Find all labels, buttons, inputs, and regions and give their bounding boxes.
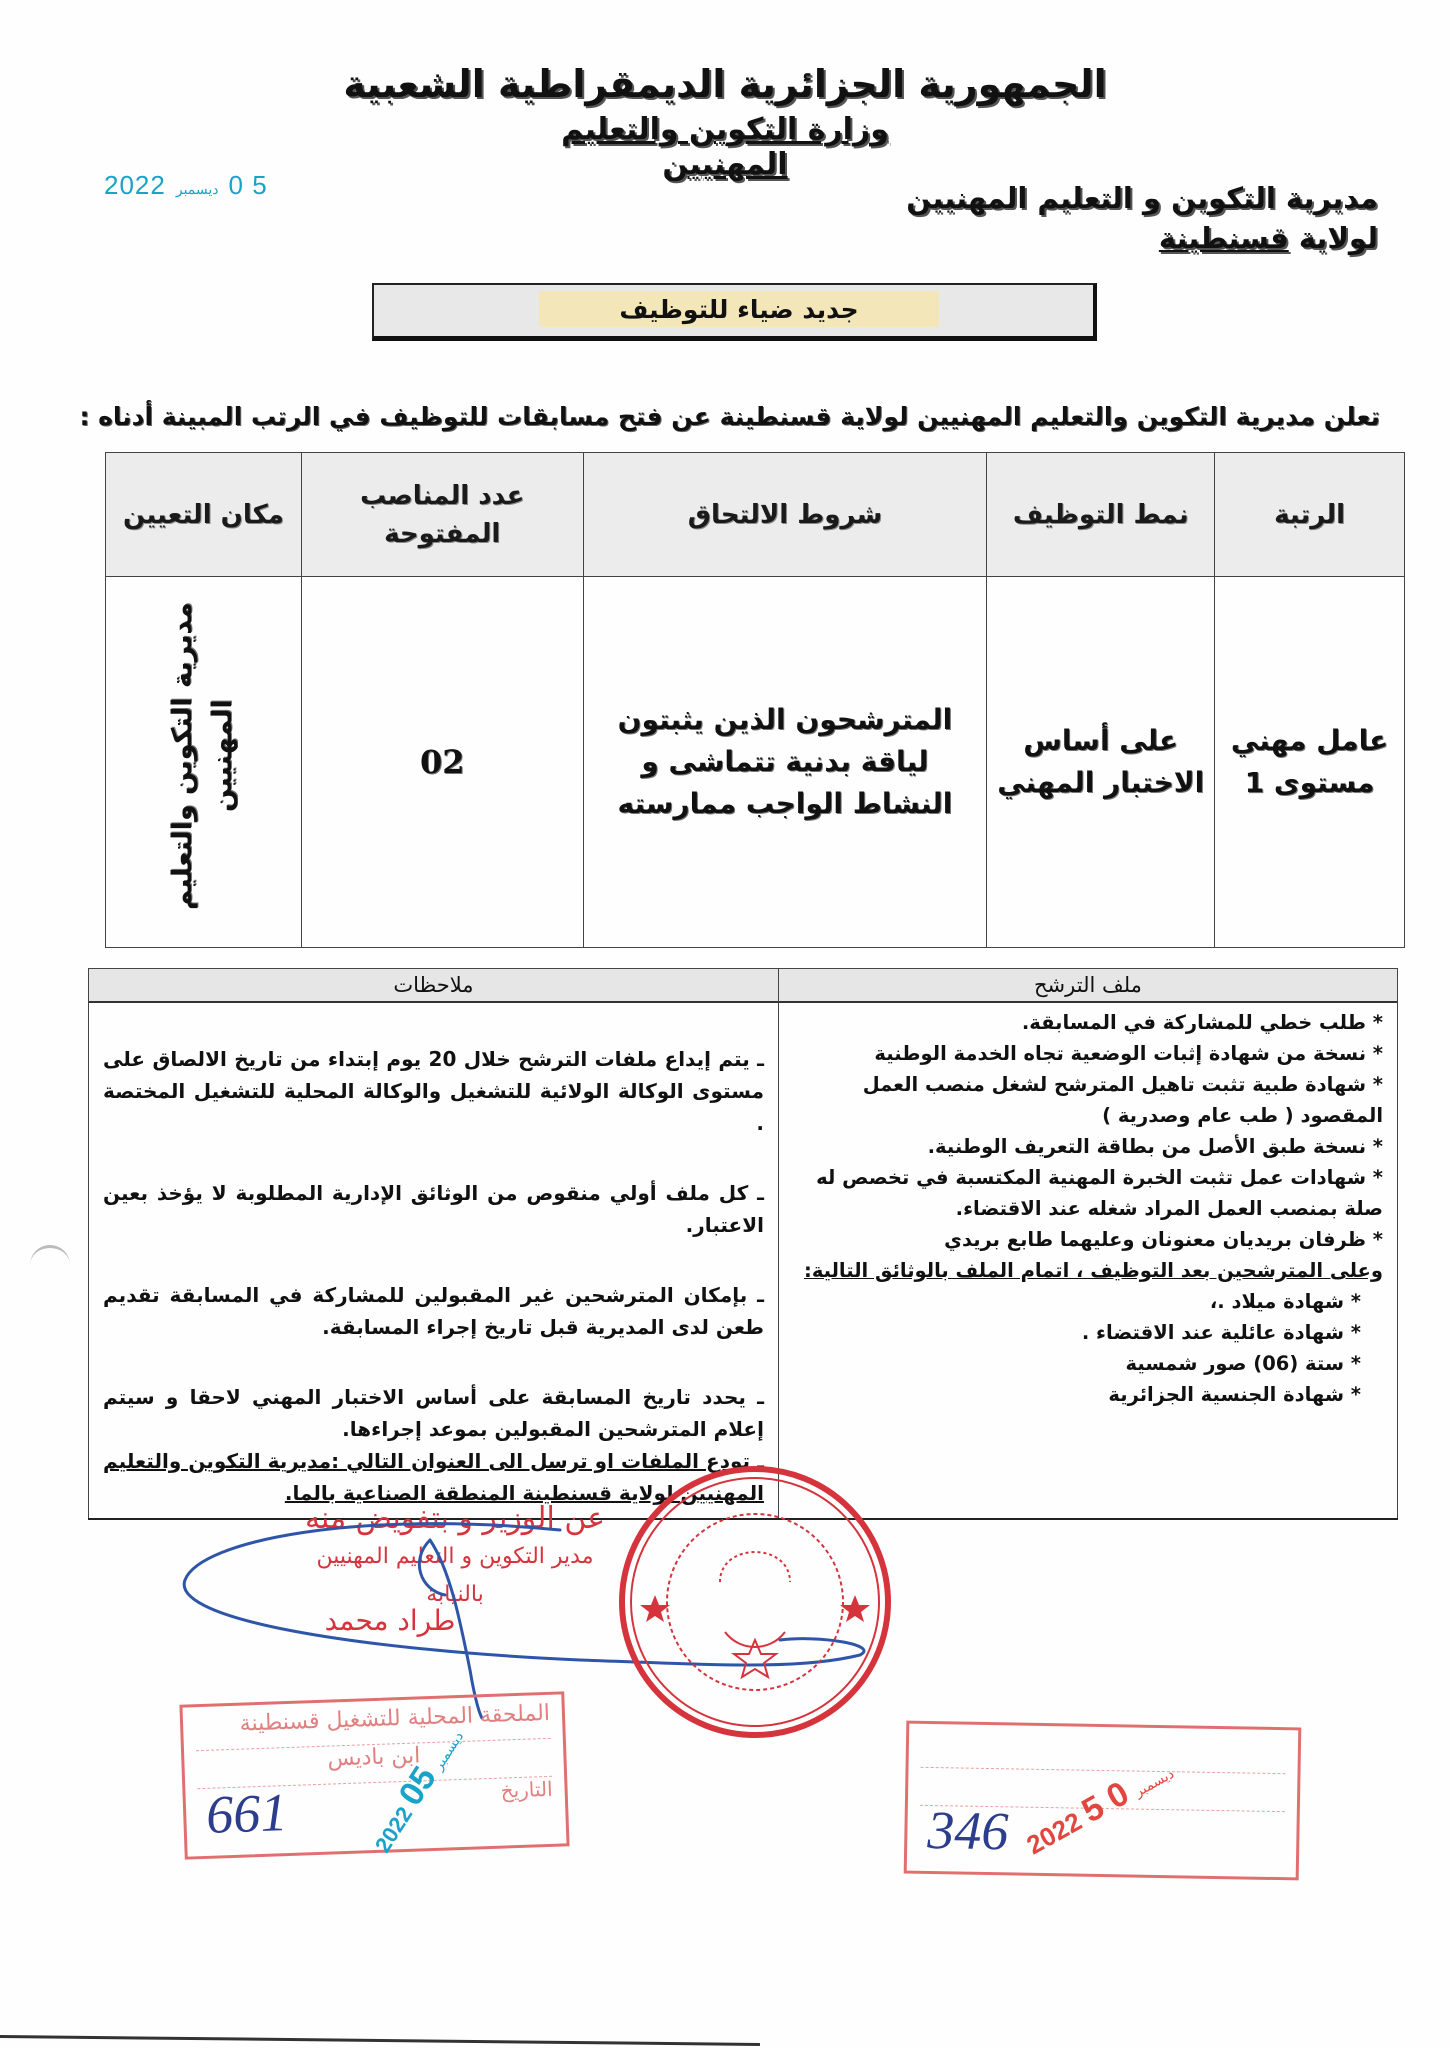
ministry-title: وزارة التكوين والتعليم المهنيين: [500, 112, 950, 182]
list-item: * شهادة ميلاد .،: [789, 1286, 1383, 1317]
application-file-column: ملف الترشح * طلب خطي للمشاركة في المسابق…: [778, 969, 1397, 1518]
after-recruitment-label: وعلى المترشحين بعد التوظيف ، اتمام الملف…: [789, 1255, 1383, 1286]
table-header-row: الرتبة نمط التوظيف شروط الالتحاق عدد الم…: [106, 453, 1405, 577]
receipt-number: 661: [205, 1781, 288, 1846]
table-row: عامل مهني مستوى 1 على أساس الاختبار المه…: [106, 577, 1405, 948]
cell-positions: 02: [301, 577, 583, 948]
list-item: * شهادة عائلية عند الاقتضاء .: [789, 1317, 1383, 1348]
document-page: الجمهورية الجزائرية الديمقراطية الشعبية …: [0, 0, 1450, 2048]
list-item: * نسخة طبق الأصل من بطاقة التعريف الوطني…: [789, 1131, 1383, 1162]
list-item: * ستة (06) صور شمسية: [789, 1348, 1383, 1379]
wilaya-name: قسنطينة: [1159, 221, 1289, 255]
application-file-list: * طلب خطي للمشاركة في المسابقة. * نسخة م…: [779, 1003, 1397, 1410]
note-item: ـ يتم إيداع ملفات الترشح خلال 20 يوم إبت…: [103, 1043, 764, 1139]
receipt-number: 346: [927, 1799, 1009, 1862]
directorate-block: مديرية التكوين و التعليم المهنيين لولاية…: [778, 178, 1378, 258]
banner-title: جديد ضياء للتوظيف: [539, 291, 939, 327]
republic-title: الجمهورية الجزائرية الديمقراطية الشعبية: [150, 62, 1300, 106]
notes-list: ـ يتم إيداع ملفات الترشح خلال 20 يوم إبت…: [89, 1003, 778, 1509]
list-item: * ظرفان بريديان معنونان وعليهما طابع بري…: [789, 1224, 1383, 1255]
cell-rank: عامل مهني مستوى 1: [1215, 577, 1405, 948]
stamp-year: 2022: [1022, 1806, 1087, 1860]
wilaya-prefix: لولاية: [1299, 221, 1378, 255]
scan-mark-icon: [30, 1245, 70, 1285]
note-item: ـ يحدد تاريخ المسابقة على أساس الاختبار …: [103, 1381, 764, 1445]
cell-recruitment-mode: على أساس الاختبار المهني: [987, 577, 1215, 948]
page-bottom-edge: [0, 2035, 760, 2046]
wilaya-line: لولاية قسنطينة: [778, 218, 1378, 258]
directorate-name: مديرية التكوين و التعليم المهنيين: [906, 181, 1378, 215]
stamp-year: 2022: [370, 1802, 418, 1857]
list-item: * شهادة الجنسية الجزائرية: [789, 1379, 1383, 1410]
header-positions-count: عدد المناصب المفتوحة: [301, 453, 583, 577]
header-rank: الرتبة: [1215, 453, 1405, 577]
title-banner: جديد ضياء للتوظيف: [372, 283, 1097, 341]
official-round-seal-icon: [615, 1462, 895, 1742]
application-file-title: ملف الترشح: [779, 969, 1397, 1003]
date-stamp-year: 2022: [104, 170, 166, 201]
list-item: * طلب خطي للمشاركة في المسابقة.: [789, 1007, 1383, 1038]
receipt-date-label: التاريخ: [500, 1777, 553, 1803]
date-stamp-day: 0 5: [229, 170, 268, 201]
header-conditions: شروط الالتحاق: [583, 453, 987, 577]
list-item: * شهادات عمل تثبت الخبرة المهنية المكتسب…: [789, 1162, 1383, 1224]
date-stamp: 2022 ديسمبر 0 5: [104, 170, 268, 201]
positions-table: الرتبة نمط التوظيف شروط الالتحاق عدد الم…: [105, 452, 1405, 948]
cell-location: مديرية التكوين والتعليم المهنيين: [106, 577, 302, 948]
header-location: مكان التعيين: [106, 453, 302, 577]
note-item: ـ بإمكان المترشحين غير المقبولين للمشارك…: [103, 1279, 764, 1343]
announcement-intro: تعلن مديرية التكوين والتعليم المهنيين لو…: [50, 402, 1380, 431]
details-section: ملف الترشح * طلب خطي للمشاركة في المسابق…: [88, 968, 1398, 1518]
receipt-stamp-1: الملحقة المحلية للتشغيل قسنطينة ابن بادي…: [179, 1691, 569, 1859]
list-item: * نسخة من شهادة إثبات الوضعية تجاه الخدم…: [789, 1038, 1383, 1069]
receipt-header-faded: [921, 1730, 1287, 1774]
cell-conditions: المترشحون الذين يثبتون لياقة بدنية تتماش…: [583, 577, 987, 948]
header-recruitment-mode: نمط التوظيف: [987, 453, 1215, 577]
location-vertical-text: مديرية التكوين والتعليم المهنيين: [163, 577, 243, 935]
notes-column: ملاحظات ـ يتم إيداع ملفات الترشح خلال 20…: [89, 969, 778, 1518]
receipt-stamp-2: 346 2022 ديسمبر 0 5: [904, 1721, 1302, 1881]
note-item: ـ كل ملف أولي منقوص من الوثائق الإدارية …: [103, 1177, 764, 1241]
notes-title: ملاحظات: [89, 969, 778, 1003]
date-stamp-month: ديسمبر: [176, 181, 219, 198]
list-item: * شهادة طبية تثبت تاهيل المترشح لشغل منص…: [789, 1069, 1383, 1131]
